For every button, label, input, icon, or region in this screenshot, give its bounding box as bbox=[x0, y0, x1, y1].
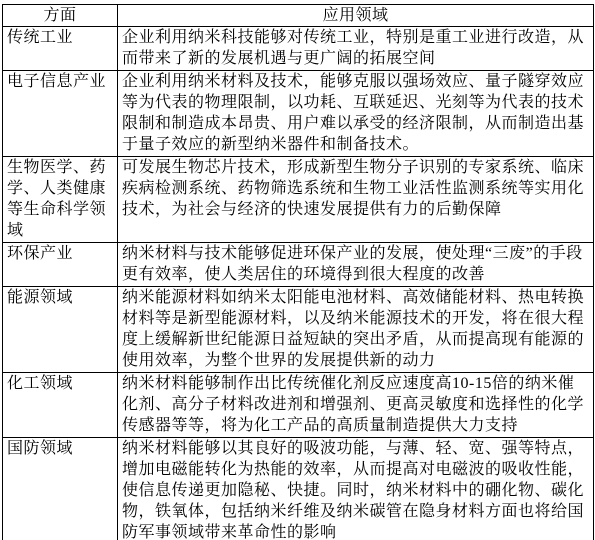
table-row-biomedicine-life-science: 生物医学、药学、人类健康等生命科学领域 可发展生物芯片技术，形成新型生物分子识别… bbox=[3, 157, 594, 243]
aspect-cell: 国防领域 bbox=[3, 438, 118, 540]
column-header-aspect: 方面 bbox=[3, 5, 118, 27]
application-domains-table: 方面 应用领域 传统工业 企业利用纳米科技能够对传统工业，特别是重工业进行改造，… bbox=[2, 4, 594, 540]
description-cell: 企业利用纳米材料及技术，能够克服以强场效应、量子隧穿效应等为代表的物理限制，以功… bbox=[118, 71, 594, 157]
table-row-energy: 能源领域 纳米能源材料如纳米太阳能电池材料、高效储能材料、热电转换材料等是新型能… bbox=[3, 287, 594, 373]
table-row-traditional-industry: 传统工业 企业利用纳米科技能够对传统工业，特别是重工业进行改造，从而带来了新的发… bbox=[3, 27, 594, 71]
description-cell: 纳米材料能够制作出比传统催化剂反应速度高10-15倍的纳米催化剂、高分子材料改进… bbox=[118, 373, 594, 438]
table-row-national-defense: 国防领域 纳米材料能够以其良好的吸波功能，与薄、轻、宽、强等特点，增加电磁能转化… bbox=[3, 438, 594, 540]
column-header-application-domain: 应用领域 bbox=[118, 5, 594, 27]
document-page: 方面 应用领域 传统工业 企业利用纳米科技能够对传统工业，特别是重工业进行改造，… bbox=[0, 0, 595, 540]
description-cell: 可发展生物芯片技术，形成新型生物分子识别的专家系统、临床疾病检测系统、药物筛选系… bbox=[118, 157, 594, 243]
table-row-chemical-industry: 化工领域 纳米材料能够制作出比传统催化剂反应速度高10-15倍的纳米催化剂、高分… bbox=[3, 373, 594, 438]
aspect-cell: 能源领域 bbox=[3, 287, 118, 373]
description-cell: 纳米材料能够以其良好的吸波功能，与薄、轻、宽、强等特点，增加电磁能转化为热能的效… bbox=[118, 438, 594, 540]
header-row: 方面 应用领域 bbox=[3, 5, 594, 27]
description-cell: 企业利用纳米科技能够对传统工业，特别是重工业进行改造，从而带来了新的发展机遇与更… bbox=[118, 27, 594, 71]
description-cell: 纳米材料与技术能够促进环保产业的发展，使处理“三废”的手段更有效率，使人类居住的… bbox=[118, 243, 594, 287]
description-cell: 纳米能源材料如纳米太阳能电池材料、高效储能材料、热电转换材料等是新型能源材料，以… bbox=[118, 287, 594, 373]
table-row-environmental-protection: 环保产业 纳米材料与技术能够促进环保产业的发展，使处理“三废”的手段更有效率，使… bbox=[3, 243, 594, 287]
aspect-cell: 环保产业 bbox=[3, 243, 118, 287]
table-row-electronic-information: 电子信息产业 企业利用纳米材料及技术，能够克服以强场效应、量子隧穿效应等为代表的… bbox=[3, 71, 594, 157]
aspect-cell: 化工领域 bbox=[3, 373, 118, 438]
aspect-cell: 电子信息产业 bbox=[3, 71, 118, 157]
aspect-cell: 生物医学、药学、人类健康等生命科学领域 bbox=[3, 157, 118, 243]
aspect-cell: 传统工业 bbox=[3, 27, 118, 71]
